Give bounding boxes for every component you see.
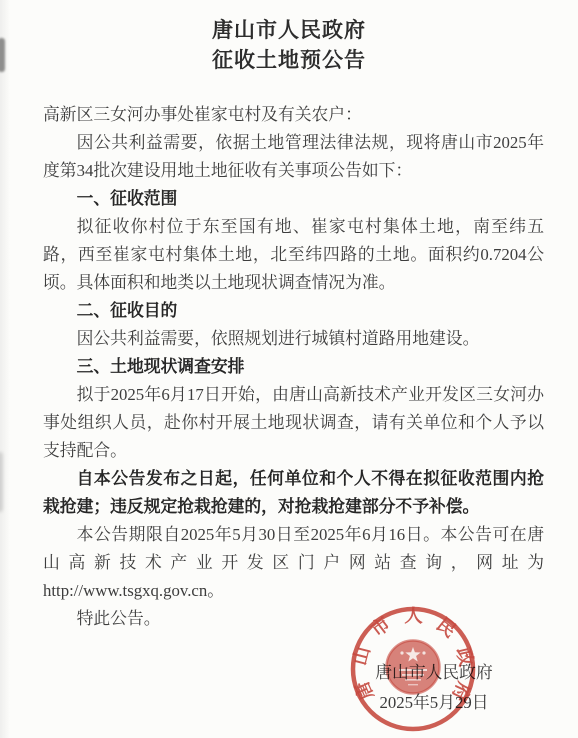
section-2-heading: 二、征收目的 [43,297,544,325]
document-title: 唐山市人民政府 征收土地预公告 [0,0,578,75]
warning-paragraph: 自本公告发布之日起，任何单位和个人不得在拟征收范围内抢栽抢建；违反规定抢栽抢建的… [43,465,544,521]
document-body: 高新区三女河办事处崔家屯村及有关农户： 因公共利益需要，依据土地管理法律法规，现… [43,101,544,633]
section-3-body: 拟于2025年6月17日开始，由唐山高新技术产业开发区三女河办事处组织人员，赴你… [43,381,544,465]
section-2-body: 因公共利益需要，依照规划进行城镇村道路用地建设。 [43,325,544,353]
title-line-2: 征收土地预公告 [0,45,578,75]
validity-paragraph: 本公告期限自2025年5月30日至2025年6月16日。本公告可在唐山高新技术产… [43,521,544,605]
announcement-page: 唐山市人民政府 征收土地预公告 高新区三女河办事处崔家屯村及有关农户： 因公共利… [0,0,578,738]
scan-smudge-2 [0,452,3,512]
section-1-heading: 一、征收范围 [43,185,544,213]
title-line-1: 唐山市人民政府 [0,15,578,45]
section-3-heading: 三、土地现状调查安排 [43,353,544,381]
scan-edge-shading [0,0,10,738]
scan-smudge [0,38,5,72]
national-emblem-icon [387,641,440,694]
official-seal: 唐山市人民政府 [349,605,477,733]
salutation: 高新区三女河办事处崔家屯村及有关农户： [43,101,544,129]
intro-paragraph: 因公共利益需要，依据土地管理法律法规，现将唐山市2025年度第34批次建设用地土… [43,129,544,185]
section-1-body: 拟征收你村位于东至国有地、崔家屯村集体土地，南至纬五路，西至崔家屯村集体土地，北… [43,213,544,297]
